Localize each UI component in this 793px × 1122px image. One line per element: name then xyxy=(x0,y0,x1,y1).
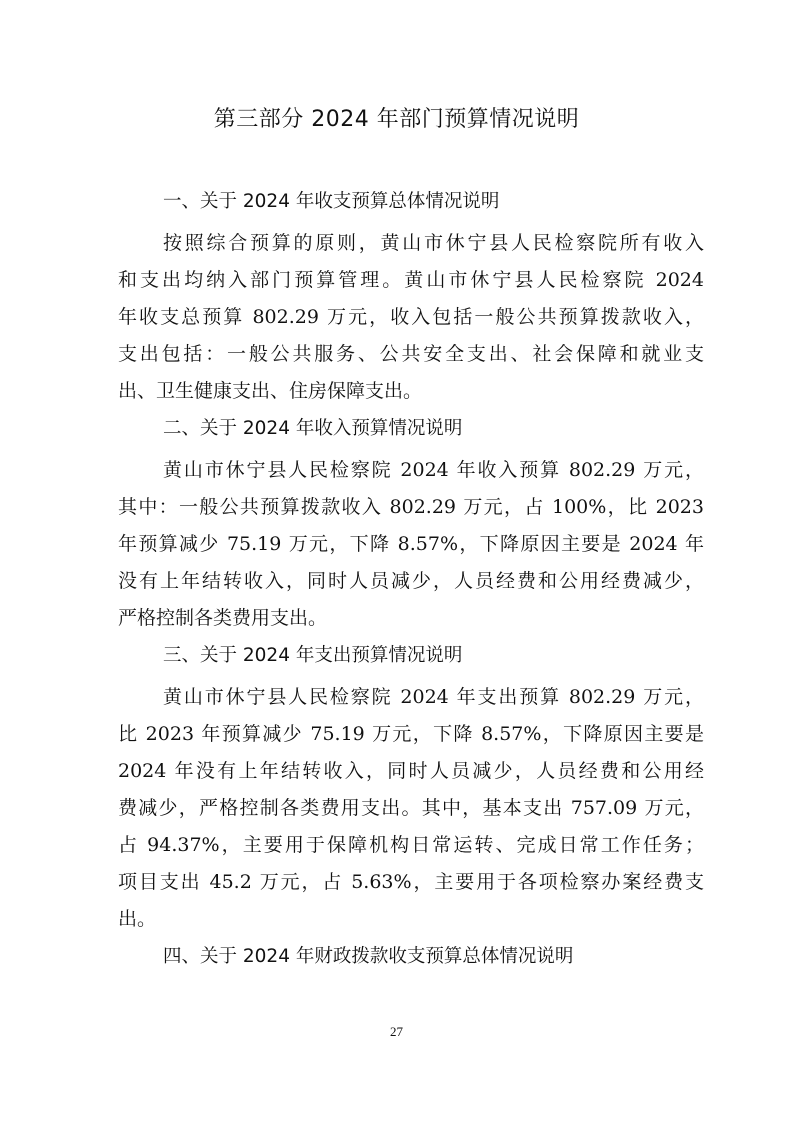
page-title: 第三部分 2024 年部门预算情况说明 xyxy=(0,104,793,136)
paragraph-line: 年收支总预算 802.29 万元，收入包括一般公共预算拨款收入， xyxy=(118,303,704,331)
paragraph-line: 占 94.37%，主要用于保障机构日常运转、完成日常工作任务； xyxy=(118,831,704,859)
paragraph-line: 出、卫生健康支出、住房保障支出。 xyxy=(118,377,704,405)
paragraph-line: 2024 年没有上年结转收入，同时人员减少，人员经费和公用经 xyxy=(118,757,704,785)
section-heading-2: 二、关于 2024 年收入预算情况说明 xyxy=(163,415,462,443)
section-heading-1: 一、关于 2024 年收支预算总体情况说明 xyxy=(163,188,499,216)
document-page: 第三部分 2024 年部门预算情况说明 一、关于 2024 年收支预算总体情况说… xyxy=(0,0,793,1122)
section-heading-3: 三、关于 2024 年支出预算情况说明 xyxy=(163,642,462,670)
paragraph-line: 比 2023 年预算减少 75.19 万元，下降 8.57%，下降原因主要是 xyxy=(118,720,704,748)
paragraph-line: 年预算减少 75.19 万元，下降 8.57%，下降原因主要是 2024 年 xyxy=(118,530,704,558)
paragraph-line: 支出包括：一般公共服务、公共安全支出、社会保障和就业支 xyxy=(118,340,704,368)
paragraph-line: 没有上年结转收入，同时人员减少，人员经费和公用经费减少， xyxy=(118,567,704,595)
paragraph-line: 其中：一般公共预算拨款收入 802.29 万元，占 100%，比 2023 xyxy=(118,493,704,521)
paragraph-line: 出。 xyxy=(118,905,704,933)
section-heading-4: 四、关于 2024 年财政拨款收支预算总体情况说明 xyxy=(163,943,573,971)
paragraph-line: 费减少，严格控制各类费用支出。其中，基本支出 757.09 万元， xyxy=(118,794,704,822)
page-number: 27 xyxy=(0,1024,793,1040)
paragraph-line: 项目支出 45.2 万元，占 5.63%，主要用于各项检察办案经费支 xyxy=(118,868,704,896)
paragraph-line: 和支出均纳入部门预算管理。黄山市休宁县人民检察院 2024 xyxy=(118,266,704,294)
paragraph-line: 严格控制各类费用支出。 xyxy=(118,604,704,632)
paragraph-line: 黄山市休宁县人民检察院 2024 年收入预算 802.29 万元， xyxy=(163,456,704,484)
paragraph-line: 按照综合预算的原则，黄山市休宁县人民检察院所有收入 xyxy=(163,229,704,257)
paragraph-line: 黄山市休宁县人民检察院 2024 年支出预算 802.29 万元， xyxy=(163,683,704,711)
